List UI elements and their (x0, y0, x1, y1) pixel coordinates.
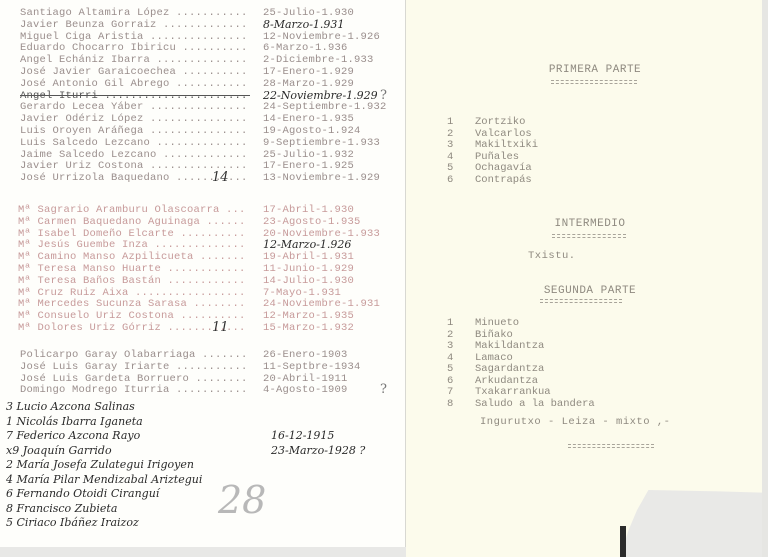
roster-row: Mª Sagrario Aramburu Olascoarra ........… (18, 204, 248, 216)
roster-date: 9-Septiembre-1.933 (263, 137, 380, 149)
roster-name: José Antonio Gil Abrego ................… (20, 78, 250, 90)
roster-name: Luis Oroyen Aráñega ....................… (20, 125, 250, 137)
programme-item-number: 7 (447, 387, 475, 399)
primera-parte-list: 1Zortziko2Valcarlos3Makiltxiki4Puñales5O… (447, 117, 538, 186)
handwritten-name: María Pilar Mendizabal Ariztegui (17, 473, 203, 486)
programme-item: 1Zortziko (447, 117, 538, 129)
roster-name: Mª Cruz Ruiz Aixa ......................… (18, 287, 248, 299)
handwritten-num: 6 (6, 487, 17, 500)
programme-item: 5Sagardantza (447, 364, 595, 376)
roster-date: 14-Enero-1.935 (263, 113, 354, 125)
programme-item-number: 6 (447, 175, 475, 187)
roster-name: Domingo Modrego Iturria ................… (20, 384, 250, 396)
programme-item: 6Contrapás (447, 175, 538, 187)
programme-item: 7Txakarrankua (447, 387, 595, 399)
roster-name: Mª Carmen Baquedano Aguinaga ...........… (18, 216, 248, 228)
programme-item: 3Makiltxiki (447, 140, 538, 152)
roster-date: 12-Marzo-1.926 (263, 239, 351, 251)
roster-date: 17-Enero-1.929 (263, 66, 354, 78)
programme-item-label: Txakarrankua (475, 387, 551, 399)
roster-date: 15-Marzo-1.932 (263, 322, 354, 334)
programme-item-label: Contrapás (475, 175, 532, 187)
programme-item: 8Saludo a la bandera (447, 399, 595, 411)
roster-row: Eduardo Chocarro Ibiricu ...............… (20, 42, 250, 54)
roster-row: Mª Camino Manso Azpilicueta ............… (18, 251, 248, 263)
roster-row: Policarpo Garay Olabarriaga ............… (20, 349, 250, 361)
roster-row: Mª Cruz Ruiz Aixa ......................… (18, 287, 248, 299)
roster-name: Mª Jesús Guembe Inza ...................… (18, 239, 248, 251)
roster-row: Santiago Altamira López ................… (20, 7, 250, 19)
programme-item-label: Makildantza (475, 341, 544, 353)
programme-item-number: 5 (447, 163, 475, 175)
programme-item-label: Minueto (475, 318, 519, 330)
roster-row: Mª Jesús Guembe Inza ...................… (18, 239, 248, 251)
programme-item-label: Zortziko (475, 117, 525, 129)
roster-date: 14-Julio-1.930 (263, 275, 354, 287)
roster-name: José Javier Garaicoechea ...............… (20, 66, 250, 78)
pencil-note: 28 (218, 478, 266, 522)
margin-mark: ? (380, 88, 387, 103)
programme-item-label: Ochagavía (475, 163, 532, 175)
roster-date: 24-Noviembre-1.931 (263, 298, 380, 310)
handwritten-num: 3 (6, 400, 17, 413)
intermedio-rule (552, 234, 626, 238)
handwritten-name: Lucio Azcona Salinas (17, 400, 135, 413)
roster-row: Jaime Salcedo Lezcano ..................… (20, 149, 250, 161)
roster-name: Jaime Salcedo Lezcano ..................… (20, 149, 250, 161)
roster-row: Mª Teresa Baños Bastán .................… (18, 275, 248, 287)
roster-name: José Luis Garay Iriarte ................… (20, 361, 250, 373)
segunda-parte-rule (540, 299, 622, 303)
roster-date: 23-Agosto-1.935 (263, 216, 361, 228)
roster-date: 17-Abril-1.930 (263, 204, 354, 216)
roster-name: Mª Teresa Baños Bastán .................… (18, 275, 248, 287)
intermedio-text: Txistu. (528, 250, 608, 262)
programme-item: 1Minueto (447, 318, 595, 330)
roster-date: 11-Junio-1.929 (263, 263, 354, 275)
handwritten-row: 5 Ciriaco Ibáñez Iraizoz (6, 514, 406, 532)
roster-row: Mª Mercedes Sucunza Sarasa .............… (18, 298, 248, 310)
handwritten-num: x9 (6, 444, 23, 457)
handwritten-name: Francisco Zubieta (17, 502, 118, 515)
roster-row: José Luis Garay Iriarte ................… (20, 361, 250, 373)
primera-parte-rule (551, 80, 637, 84)
margin-mark: ? (380, 382, 387, 397)
programme-item-number: 1 (447, 117, 475, 129)
margin-mark: 11 (212, 320, 229, 335)
handwritten-name: Joaquín Garrido (23, 444, 112, 457)
roster-date: 11-Septbre-1934 (263, 361, 361, 373)
roster-row: Javier Beunza Gorraiz ..................… (20, 19, 250, 31)
handwritten-name: Federico Azcona Rayo (17, 429, 141, 442)
roster-row: Javier Odériz López ....................… (20, 113, 250, 125)
handwritten-name: Ciriaco Ibáñez Iraizoz (17, 516, 139, 529)
roster-date: 24-Septiembre-1.932 (263, 101, 387, 113)
roster-name: Mª Mercedes Sucunza Sarasa .............… (18, 298, 248, 310)
roster-name: Mª Teresa Manso Huarte .................… (18, 263, 248, 275)
handwritten-num: 7 (6, 429, 17, 442)
segunda-parte-list: 1Minueto2Biñako3Makildantza4Lamaco5Sagar… (447, 318, 595, 410)
roster-row: Luis Salcedo Lezcano ...................… (20, 137, 250, 149)
intermedio-title: INTERMEDIO (535, 218, 645, 230)
roster-row: Mª Teresa Manso Huarte .................… (18, 263, 248, 275)
roster-date: 12-Marzo-1.935 (263, 310, 354, 322)
footer-rule (568, 444, 654, 448)
primera-parte-title: PRIMERA PARTE (540, 64, 650, 76)
roster-date: 22-Noviembre-1.929 (263, 90, 378, 102)
roster-date: 7-Mayo-1.931 (263, 287, 341, 299)
roster-date: 17-Enero-1.925 (263, 160, 354, 172)
programme-item-number: 3 (447, 341, 475, 353)
roster-date: 12-Noviembre-1.926 (263, 31, 380, 43)
roster-name: Angel Echániz Ibarra ...................… (20, 54, 250, 66)
roster-row: Gerardo Lecea Yáber ....................… (20, 101, 250, 113)
roster-date: 20-Abril-1911 (263, 373, 348, 385)
programme-item-label: Saludo a la bandera (475, 399, 595, 411)
segunda-parte-title: SEGUNDA PARTE (530, 285, 650, 297)
handwritten-name: María Josefa Zulategui Irigoyen (17, 458, 194, 471)
roster-date: 13-Noviembre-1.929 (263, 172, 380, 184)
roster-name: José Luis Gardeta Borruero .............… (20, 373, 250, 385)
roster-row: José Antonio Gil Abrego ................… (20, 78, 250, 90)
roster-date: 4-Agosto-1909 (263, 384, 348, 396)
roster-name: Mª Sagrario Aramburu Olascoarra ........… (18, 204, 248, 216)
roster-row: Mª Isabel Domeño Elcarte ...............… (18, 228, 248, 240)
roster-row: Mª Carmen Baquedano Aguinaga ...........… (18, 216, 248, 228)
roster-row: José Luis Gardeta Borruero .............… (20, 373, 250, 385)
roster-row: José Javier Garaicoechea ...............… (20, 66, 250, 78)
handwritten-num: 2 (6, 458, 17, 471)
roster-name: Javier Odériz López ....................… (20, 113, 250, 125)
margin-mark: 14 (212, 170, 229, 185)
roster-name: Eduardo Chocarro Ibiricu ...............… (20, 42, 250, 54)
roster-date: 19-Abril-1.931 (263, 251, 354, 263)
roster-name: Gerardo Lecea Yáber ....................… (20, 101, 250, 113)
roster-name: Mª Isabel Domeño Elcarte ...............… (18, 228, 248, 240)
handwritten-name: Nicolás Ibarra Iganeta (17, 415, 143, 428)
roster-name: Policarpo Garay Olabarriaga ............… (20, 349, 250, 361)
roster-row: Angel Iturri ...........................… (20, 90, 250, 102)
roster-name: Mª Camino Manso Azpilicueta ............… (18, 251, 248, 263)
roster-row: Angel Echániz Ibarra ...................… (20, 54, 250, 66)
roster-date: 8-Marzo-1.931 (263, 19, 344, 31)
scan-edge (762, 0, 768, 557)
roster-row: Miguel Ciga Aristia ....................… (20, 31, 250, 43)
roster-name: Javier Beunza Gorraiz ..................… (20, 19, 250, 31)
roster-date: 19-Agosto-1.924 (263, 125, 361, 137)
roster-date: 2-Diciembre-1.933 (263, 54, 374, 66)
programme-item-number: 1 (447, 318, 475, 330)
segunda-parte-footer: Ingurutxo - Leiza - mixto ,- (480, 416, 680, 428)
roster-row: Domingo Modrego Iturria ................… (20, 384, 250, 396)
roster-date: 28-Marzo-1.929 (263, 78, 354, 90)
roster-name: Miguel Ciga Aristia ....................… (20, 31, 250, 43)
roster-date: 6-Marzo-1.936 (263, 42, 348, 54)
roster-row: Luis Oroyen Aráñega ....................… (20, 125, 250, 137)
handwritten-num: 8 (6, 502, 17, 515)
torn-corner-shadow (620, 526, 626, 557)
programme-item-number: 8 (447, 399, 475, 411)
roster-name: Santiago Altamira López ................… (20, 7, 250, 19)
programme-item-label: Sagardantza (475, 364, 544, 376)
programme-item-number: 5 (447, 364, 475, 376)
programme-item-label: Makiltxiki (475, 140, 538, 152)
roster-date: 25-Julio-1.932 (263, 149, 354, 161)
programme-item: 5Ochagavía (447, 163, 538, 175)
roster-name: Angel Iturri ...........................… (20, 90, 250, 102)
roster-date: 26-Enero-1903 (263, 349, 348, 361)
programme-item: 3Makildantza (447, 341, 595, 353)
handwritten-num: 5 (6, 516, 17, 529)
roster-name: Luis Salcedo Lezcano ...................… (20, 137, 250, 149)
handwritten-num: 4 (6, 473, 17, 486)
handwritten-name: Fernando Otoidi Ciranguí (17, 487, 160, 500)
programme-item-number: 3 (447, 140, 475, 152)
handwritten-num: 1 (6, 415, 17, 428)
